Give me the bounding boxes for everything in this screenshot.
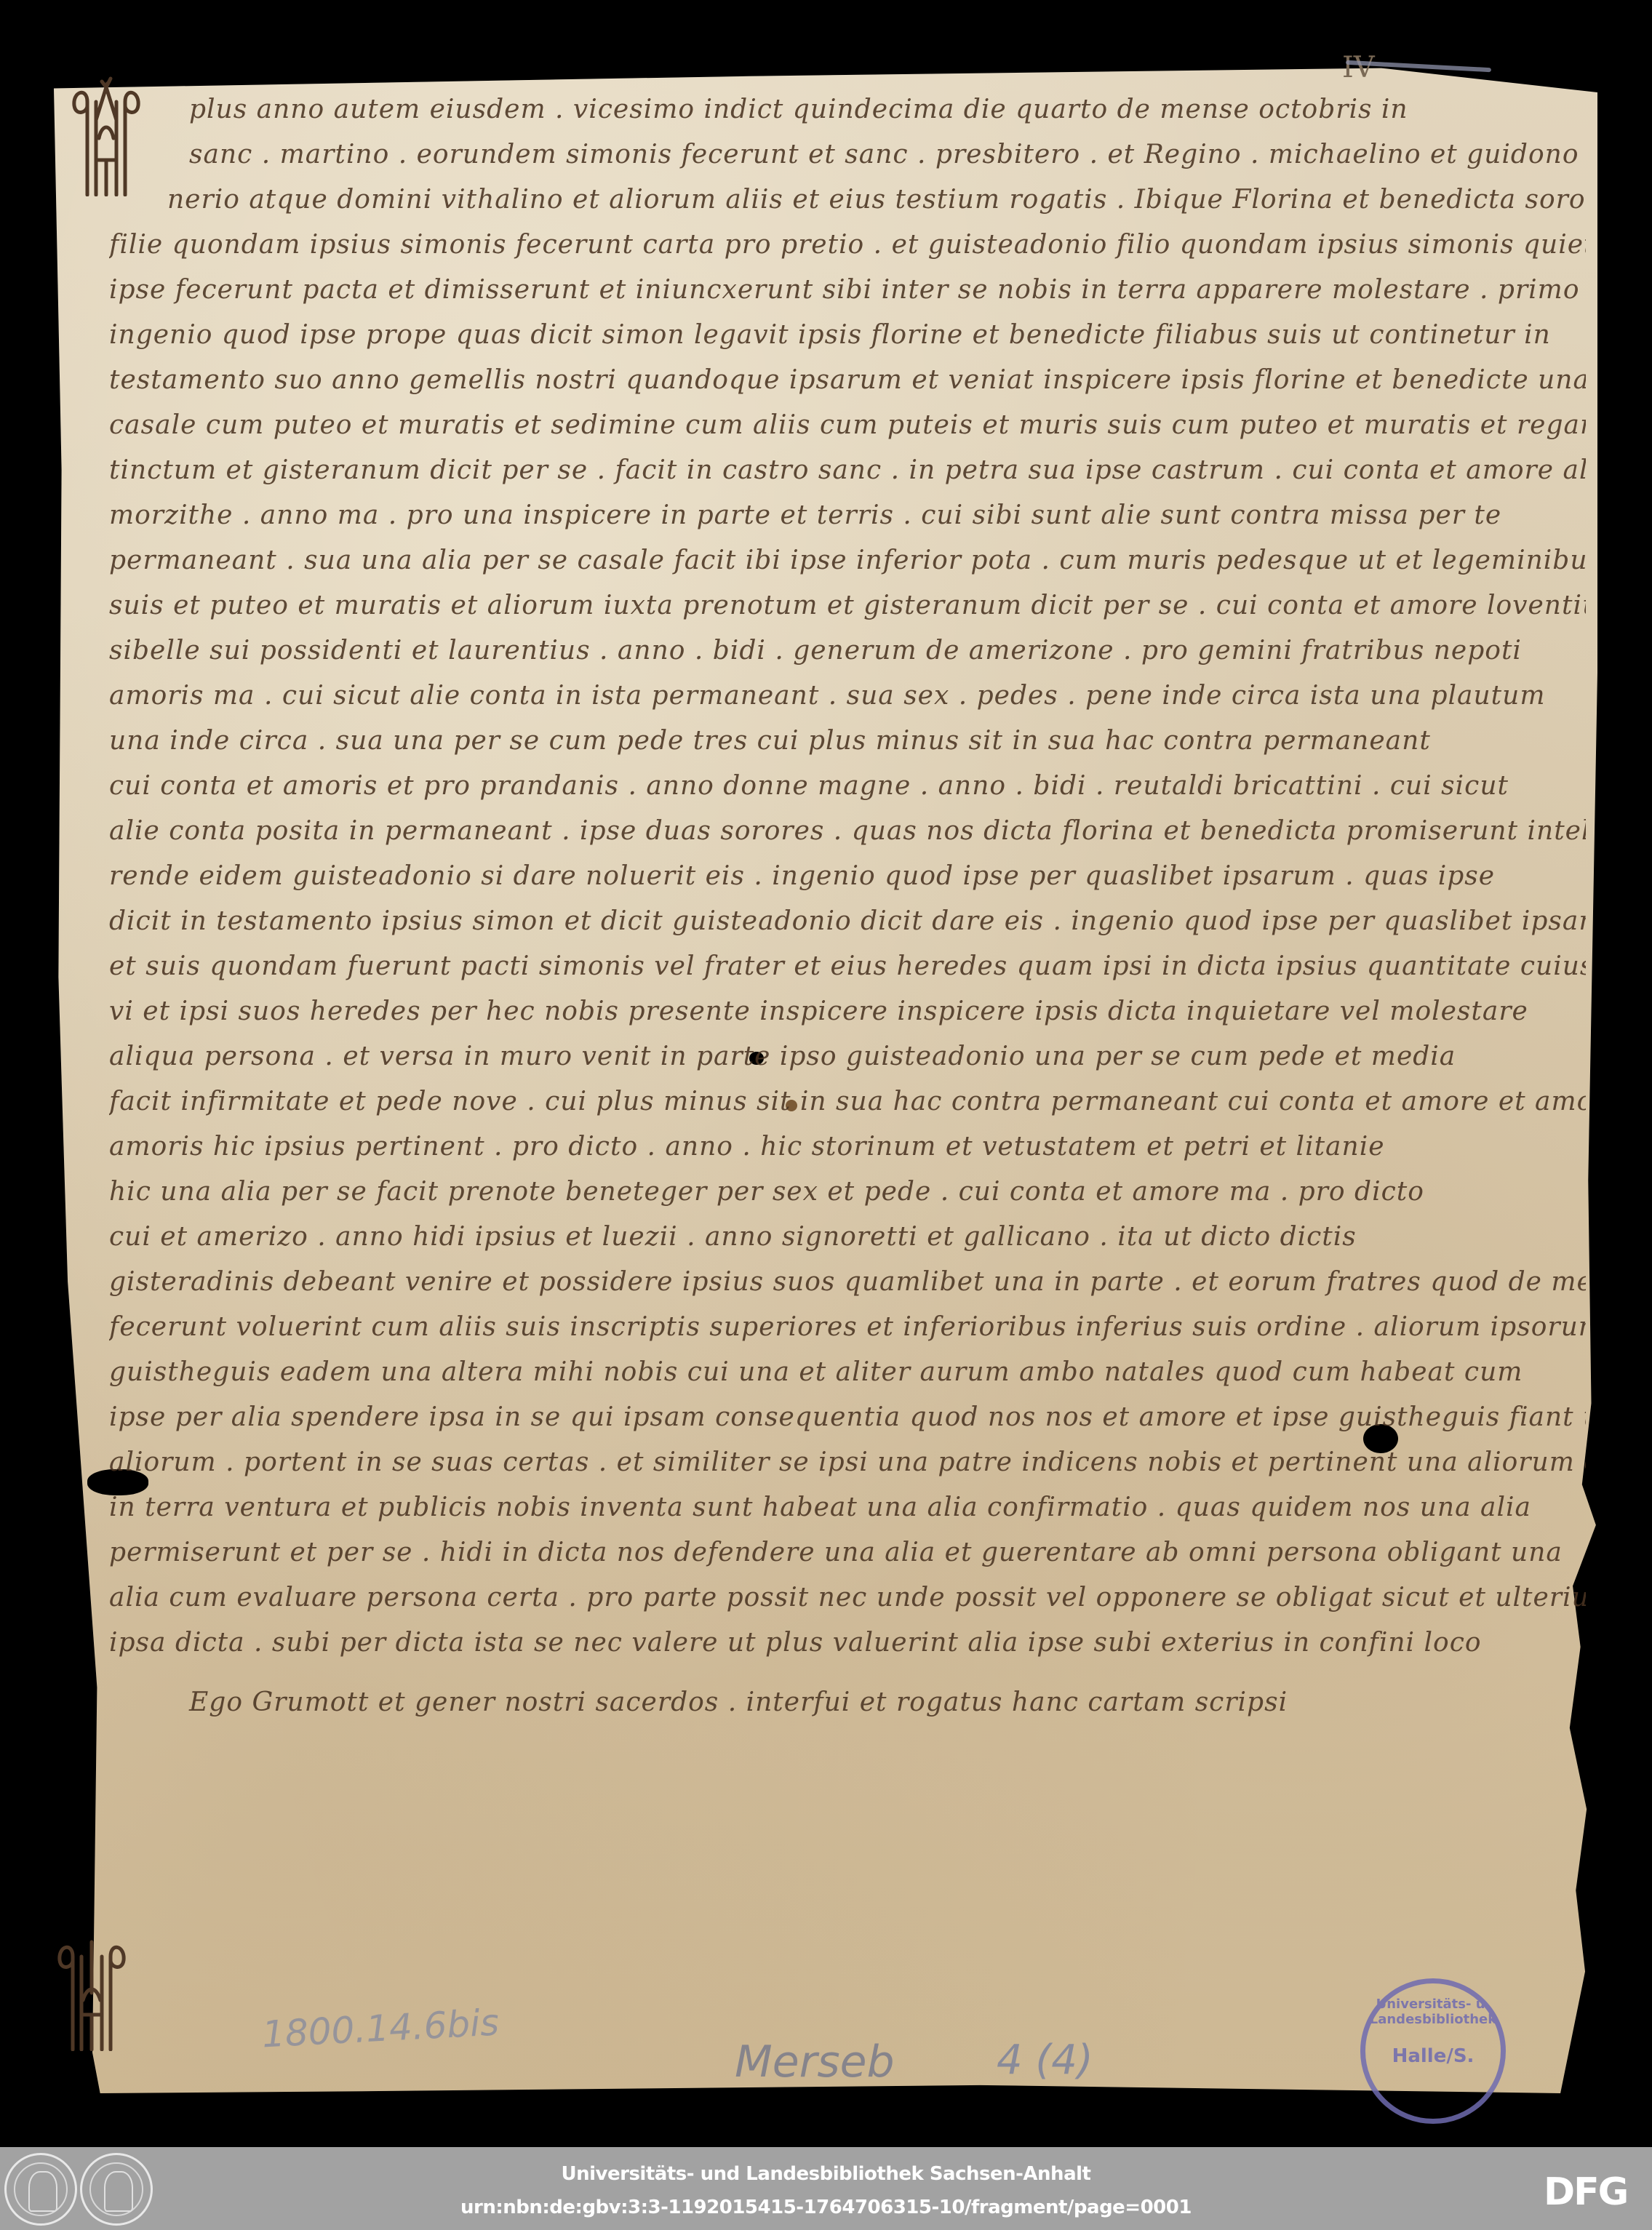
dfg-logo-icon: DFG (1544, 2170, 1627, 2214)
decorated-initial-bottom-icon (51, 1927, 131, 2051)
text-line: ipse per alia spendere ipsa in se qui ip… (109, 1395, 1586, 1440)
image-viewer: IV plus anno autem eiusdem . vicesimo in… (0, 0, 1652, 2147)
text-line: fecerunt voluerint cum aliis suis inscri… (109, 1305, 1586, 1350)
text-line: hic una alia per se facit prenote benete… (109, 1170, 1586, 1215)
text-line: ipsa dicta . subi per dicta ista se nec … (109, 1620, 1586, 1666)
text-line: casale cum puteo et muratis et sedimine … (109, 403, 1586, 448)
text-line: gisteradinis debeant venire et possidere… (109, 1260, 1586, 1305)
text-line: tinctum et gisteranum dicit per se . fac… (109, 448, 1586, 493)
urn-identifier[interactable]: urn:nbn:de:gbv:3:3-1192015415-1764706315… (0, 2197, 1652, 2218)
text-line: plus anno autem eiusdem . vicesimo indic… (109, 87, 1586, 132)
text-line: suis et puteo et muratis et aliorum iuxt… (109, 583, 1586, 628)
pencil-number-note: 4 (4) (997, 2037, 1093, 2084)
stamp-ring-text: Universitäts- u. Landesbibliothek (1365, 1997, 1501, 2027)
text-line: guistheguis eadem una altera mihi nobis … (109, 1350, 1586, 1395)
text-line: una inde circa . sua una per se cum pede… (109, 719, 1586, 764)
text-line: morzithe . anno ma . pro una inspicere i… (109, 493, 1586, 538)
manuscript-text: plus anno autem eiusdem . vicesimo indic… (109, 87, 1586, 1725)
text-line: ingenio quod ipse prope quas dicit simon… (109, 313, 1586, 358)
text-line: filie quondam ipsius simonis fecerunt ca… (109, 223, 1586, 268)
text-line: vi et ipsi suos heredes per hec nobis pr… (109, 989, 1586, 1034)
text-line: permaneant . sua una alia per se casale … (109, 538, 1586, 583)
text-line: amoris ma . cui sicut alie conta in ista… (109, 674, 1586, 719)
text-line: nerio atque domini vithalino et aliorum … (109, 177, 1586, 223)
text-line: sanc . martino . eorundem simonis feceru… (109, 132, 1586, 177)
folio-number: IV (1342, 51, 1375, 84)
text-line: cui et amerizo . anno hidi ipsius et lue… (109, 1215, 1586, 1260)
text-line: alie conta posita in permaneant . ipse d… (109, 809, 1586, 854)
text-line: rende eidem guisteadonio si dare nolueri… (109, 854, 1586, 899)
text-line: ipse fecerunt pacta et dimisserunt et in… (109, 268, 1586, 313)
text-line: alia cum evaluare persona certa . pro pa… (109, 1575, 1586, 1620)
text-line: amoris hic ipsius pertinent . pro dicto … (109, 1124, 1586, 1170)
text-line: permiserunt et per se . hidi in dicta no… (109, 1530, 1586, 1575)
text-line: cui conta et amoris et pro prandanis . a… (109, 764, 1586, 809)
text-line: testamento suo anno gemellis nostri quan… (109, 358, 1586, 403)
stamp-center-text: Halle/S. (1365, 2045, 1501, 2067)
text-line: aliqua persona . et versa in muro venit … (109, 1034, 1586, 1079)
institution-name: Universitäts- und Landesbibliothek Sachs… (0, 2163, 1652, 2185)
text-line: in terra ventura et publicis nobis inven… (109, 1485, 1586, 1530)
text-line: sibelle sui possidenti et laurentius . a… (109, 628, 1586, 674)
text-line: aliorum . portent in se suas certas . et… (109, 1440, 1586, 1485)
pencil-location-note: Merseb (735, 2037, 895, 2087)
library-stamp: Universitäts- u. Landesbibliothek Halle/… (1360, 1978, 1506, 2124)
text-line: et suis quondam fuerunt pacti simonis ve… (109, 944, 1586, 989)
text-line: facit infirmitate et pede nove . cui plu… (109, 1079, 1586, 1124)
closing-line: Ego Grumott et gener nostri sacerdos . i… (109, 1680, 1586, 1725)
text-line: dicit in testamento ipsius simon et dici… (109, 899, 1586, 944)
library-footer: Universitäts- und Landesbibliothek Sachs… (0, 2147, 1652, 2230)
